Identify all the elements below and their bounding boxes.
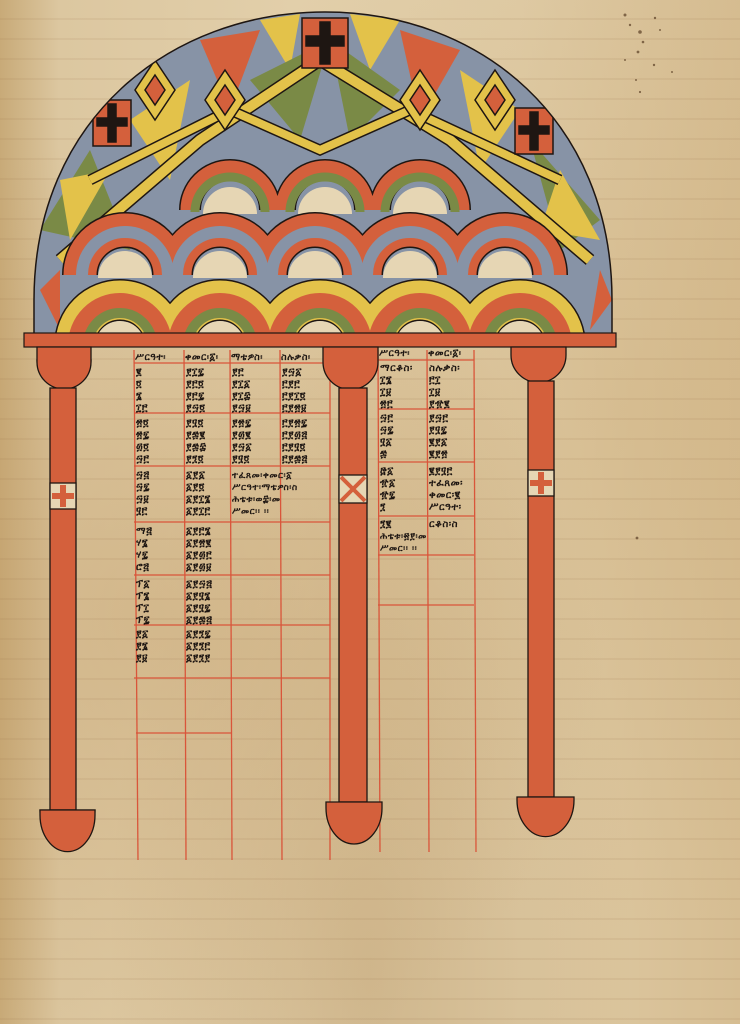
table-cell: ሮ፭	[136, 561, 149, 575]
header-cell: ሥርዓተ፡	[379, 347, 410, 361]
column-left	[37, 347, 95, 852]
table-cell: ፩፻፺፻	[186, 652, 211, 666]
header-cell: ቀመር፡፩፡	[428, 347, 462, 361]
table-cell: ፲፫	[136, 402, 148, 416]
table-cell: ሥመር፡፡ ፡፡	[380, 542, 417, 556]
table-cell: ፻፵፬	[186, 402, 205, 416]
table-cell: ርቆስ፡ስ	[429, 518, 458, 532]
table-cell: ፵፫	[136, 453, 149, 467]
ink-spots	[624, 14, 674, 540]
table-cell: ፻፶፬	[232, 453, 250, 467]
table-cell: ፳፫	[380, 398, 393, 412]
table-cell: ፷	[380, 448, 387, 462]
lintel	[24, 333, 616, 347]
cross-icon	[93, 100, 131, 146]
column-right	[511, 347, 574, 837]
arch-dome	[30, 8, 620, 348]
table-cell: ሥርዓተ፡	[429, 501, 462, 515]
table-cell: ፪፻፳	[429, 448, 448, 462]
table-cell: ፫፻፳፱	[282, 402, 307, 416]
table-cell: ሥመር፡፡ ፡፡	[232, 505, 269, 519]
column-middle	[323, 347, 382, 844]
table-cell: ፻፱	[136, 652, 148, 666]
header-cell: ማቴዎስ፡	[231, 351, 263, 365]
cross-icon	[302, 18, 348, 68]
table-cell: ፶፫	[136, 505, 148, 519]
header-cell: ሥርዓተ፡	[135, 351, 166, 365]
table-cell: ፩፻፷፭	[186, 614, 212, 628]
cross-icon	[515, 108, 553, 154]
table-cell: ፻፵፱	[232, 402, 251, 416]
table-cell: ፻፺፬	[186, 453, 204, 467]
table-cell: ፻፹፪	[429, 398, 450, 412]
table-cell: ፕ፯	[136, 614, 150, 628]
canon-table-illumination	[0, 0, 740, 1024]
table-cell: ፫፻፷፭	[282, 453, 308, 467]
header-cell: ስሉቃስ፡	[281, 351, 311, 365]
table-cell: ፩፻፴፱	[186, 561, 212, 575]
table-cell: ፺	[380, 501, 386, 515]
table-cell: ፩፻፲፫	[186, 505, 211, 519]
header-cell: ቀመር፡፩፡	[185, 351, 219, 365]
